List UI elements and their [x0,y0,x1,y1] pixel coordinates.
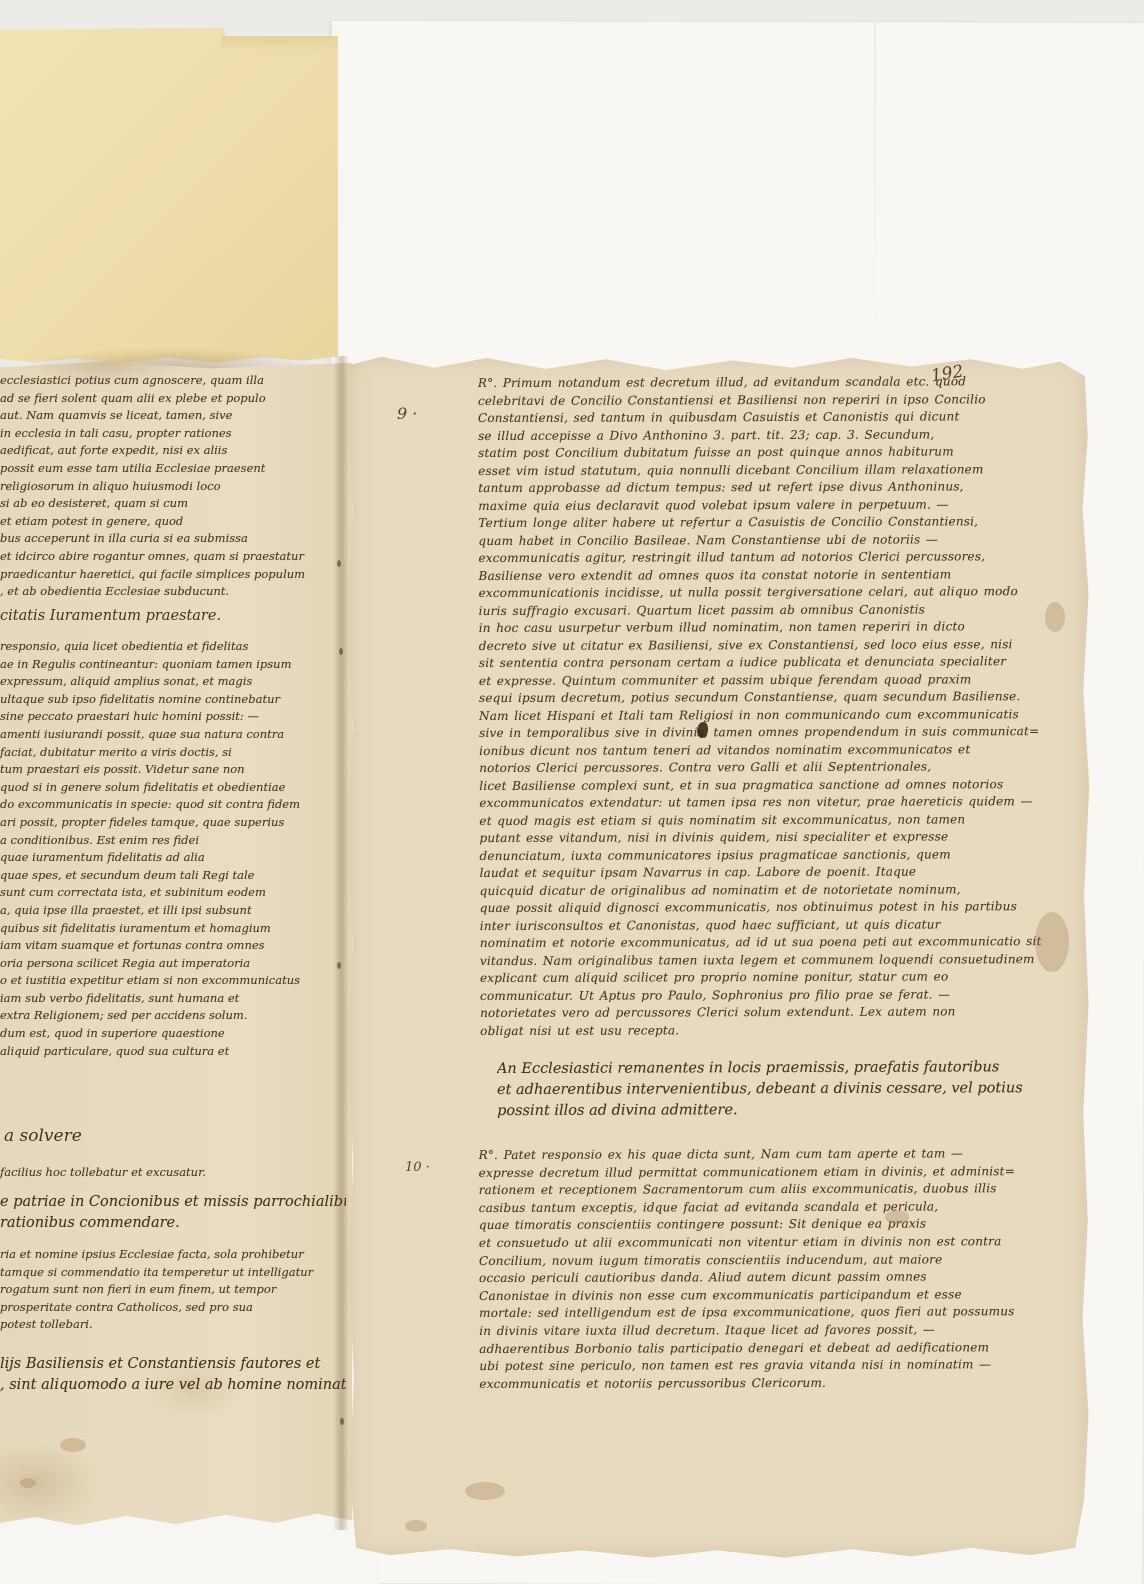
text-line: expresse decretum illud permittat commun… [479,1163,1085,1183]
text-line: possit eum esse tam utilia Ecclesiae pra… [0,460,346,478]
text-line: rationem et receptionem Sacramentorum cu… [479,1180,1085,1200]
text-line: ae in Regulis contineantur: quoniam tame… [0,656,346,674]
text-line: aedificat, aut forte expedit, nisi ex al… [0,442,346,460]
left-section-heading-2: a solvere [4,1126,82,1146]
text-line: do excommunicatis in specie: quod sit co… [0,796,346,814]
stain [405,1520,427,1532]
text-line: explicant cum aliquid scilicet pro propr… [480,968,1086,988]
text-line: sine peccato praestari huic homini possi… [0,708,346,726]
left-text-block-2: responsio, quia licet obedientia et fide… [0,638,346,1060]
text-line: iam sub verbo fidelitatis, sunt humana e… [0,990,346,1008]
text-line: statim post Concilium dubitatum fuisse a… [478,443,1084,463]
text-line: laudat et sequitur ipsam Navarrus in cap… [480,863,1086,883]
text-line: iam vitam suamque et fortunas contra omn… [0,937,346,955]
text-line: Concilium, novum iugum timoratis conscie… [479,1251,1085,1271]
text-line: et consuetudo ut alii excommunicati non … [479,1233,1085,1253]
text-line: a, quia ipse illa praestet, et illi ipsi… [0,902,346,920]
left-single-line: facilius hoc tollebatur et excusatur. [0,1164,346,1182]
text-line: praedicantur haeretici, qui facile simpl… [0,566,346,584]
gutter-speck [340,1418,344,1425]
text-line: o et iustitia expetitur etiam si non exc… [0,972,346,990]
text-line: nominatim et notorie excommunicatus, ad … [480,933,1086,953]
text-line: inter iurisconsultos et Canonistas, quod… [480,915,1086,935]
text-line: in divinis vitare iuxta illud decretum. … [479,1321,1085,1341]
text-line: Canonistae in divinis non esse cum excom… [479,1286,1085,1306]
text-line: excommunicatos extendatur: ut tamen ipsa… [479,793,1085,813]
text-line: putant esse vitandum, nisi in divinis qu… [479,828,1085,848]
text-line: expressum, aliquid amplius sonat, et mag… [0,673,346,691]
text-line: decreto sive ut citatur ex Basiliensi, s… [479,635,1085,655]
stain [20,1478,36,1488]
text-line: denunciatum, iuxta communicatores ipsius… [479,845,1085,865]
text-line: sit sententia contra personam certam a i… [479,653,1085,673]
left-text-block-3: ria et nomine ipsius Ecclesiae facta, so… [0,1246,346,1334]
manuscript-photo: ecclesiastici potius cum agnoscere, quam… [0,0,1144,1584]
text-line: quibus sit fidelitatis iuramentum et hom… [0,920,346,938]
stain [60,1438,86,1452]
question-heading: An Ecclesiastici remanentes in locis pra… [497,1057,1087,1122]
text-line: ubi potest sine periculo, non tamen est … [479,1356,1085,1376]
text-line: et etiam potest in genere, quod [0,513,346,531]
stain [1045,602,1065,632]
margin-number-9: 9 · [397,404,417,423]
text-line: , et ab obedientia Ecclesiae subducunt. [0,583,346,601]
left-section-heading-3: e patriae in Concionibus et missis parro… [0,1192,346,1234]
yellow-card-corner-step [222,36,338,52]
text-line: mortale: sed intelligendum est de ipsa e… [479,1303,1085,1323]
text-line: , sint aliquomodo a iure vel ab homine n… [0,1375,346,1396]
text-line: tum praestari eis possit. Videtur sane n… [0,761,346,779]
margin-number-10: 10 · [405,1160,430,1175]
text-line: et idcirco abire rogantur omnes, quam si… [0,548,346,566]
text-line: quae possit aliquid dignosci excommunica… [480,898,1086,918]
text-line: esset vim istud statutum, quia nonnulli … [478,460,1084,480]
text-line: ad se fieri solent quam alii ex plebe et… [0,390,346,408]
backing-crease [874,22,876,362]
text-line: notorios Clerici percussores. Contra ver… [479,758,1085,778]
text-line: notorietates vero ad percussores Clerici… [480,1003,1086,1023]
text-line: extra Religionem; sed per accidens solum… [0,1007,346,1025]
text-line: ria et nomine ipsius Ecclesiae facta, so… [0,1246,346,1264]
left-section-heading-1: citatis Iuramentum praestare. [0,608,221,624]
text-line: quae timoratis conscientiis contingere p… [479,1215,1085,1235]
white-backing-sheet-bottom [0,1514,380,1584]
text-line: aliquid particulare, quod sua cultura et [0,1043,346,1061]
text-line: dum est, quod in superiore quaestione [0,1025,346,1043]
text-line: et expresse. Quintum communiter et passi… [479,670,1085,690]
text-line: in hoc casu usurpetur verbum illud nomin… [479,618,1085,638]
text-line: communicatur. Ut Aptus pro Paulo, Sophro… [480,985,1086,1005]
text-line: rogatum sunt non fieri in eum finem, ut … [0,1281,346,1299]
text-line: ultaque sub ipso fidelitatis nomine cont… [0,691,346,709]
text-line: sequi ipsum decretum, potius secundum Co… [479,688,1085,708]
text-line: et quod magis est etiam si quis nominati… [479,810,1085,830]
text-line: ecclesiastici potius cum agnoscere, quam… [0,372,346,390]
text-line: in ecclesia in tali casu, propter ration… [0,425,346,443]
text-line: amenti iusiurandi possit, quae sua natur… [0,726,346,744]
text-line: excommunicatis et notoriis percussoribus… [479,1374,1085,1394]
text-line: occasio periculi cautioribus danda. Aliu… [479,1268,1085,1288]
gutter-speck [339,648,343,655]
text-line: quod si in genere solum fidelitatis et o… [0,779,346,797]
text-line: adhaerentibus Borbonio talis participati… [479,1338,1085,1358]
stain [465,1482,505,1500]
text-line: licet Basiliense complexi sunt, et in su… [479,775,1085,795]
text-line: religiosorum in aliquo huiusmodi loco [0,478,346,496]
right-text-block-2: R°. Patet responsio ex his quae dicta su… [479,1145,1086,1393]
text-line: quicquid dicatur de originalibus ad nomi… [480,880,1086,900]
text-line: ionibus dicunt nos tantum teneri ad vita… [479,740,1085,760]
text-line: quae iuramentum fidelitatis ad alia [0,849,346,867]
text-line: a conditionibus. Est enim res fidei [0,832,346,850]
yellow-cover-card [0,28,338,370]
text-line: vitandus. Nam originalibus tamen iuxta l… [480,950,1086,970]
text-line: possint illos ad divina admittere. [497,1099,1087,1122]
text-line: si ab eo desisteret, quam si cum [0,495,346,513]
text-line: tantum approbasse ad dictum tempus: sed … [478,478,1084,498]
text-line: bus acceperunt in illa curia si ea submi… [0,530,346,548]
left-manuscript-page: ecclesiastici potius cum agnoscere, quam… [0,358,352,1530]
text-line: R°. Patet responsio ex his quae dicta su… [479,1145,1085,1165]
text-line: prosperitate contra Catholicos, sed pro … [0,1299,346,1317]
text-line: obligat nisi ut est usu recepta. [480,1020,1086,1040]
text-line: aut. Nam quamvis se liceat, tamen, sive [0,407,346,425]
page-fold-gutter [333,356,349,1530]
text-line: Nam licet Hispani et Itali tam Religiosi… [479,705,1085,725]
right-manuscript-page: 192 9 · 10 · R°. Primum notandum est dec… [345,352,1090,1560]
text-line: sive in temporalibus sive in divinis, ta… [479,723,1085,743]
text-line: maxime quia eius declaravit quod volebat… [478,495,1084,515]
text-line: tamque si commendatio ita temperetur ut … [0,1264,346,1282]
gutter-speck [337,560,341,567]
text-line: excommunicatis agitur, restringit illud … [478,548,1084,568]
text-line: R°. Primum notandum est decretum illud, … [478,373,1084,393]
text-line: quam habet in Concilio Basileae. Nam Con… [478,530,1084,550]
text-line: iuris suffragio excusari. Quartum licet … [479,600,1085,620]
text-line: quae spes, et secundum deum tali Regi ta… [0,867,346,885]
text-line: oria persona scilicet Regia aut imperato… [0,955,346,973]
text-line: Constantiensi, sed tantum in quibusdam C… [478,408,1084,428]
text-line: e patriae in Concionibus et missis parro… [0,1192,346,1213]
text-line: An Ecclesiastici remanentes in locis pra… [497,1057,1087,1080]
text-line: faciat, dubitatur merito a viris doctis,… [0,744,346,762]
text-line: excommunicationis incidisse, ut nulla po… [479,583,1085,603]
text-line: potest tollebari. [0,1316,346,1334]
text-line: celebritavi de Concilio Constantiensi et… [478,390,1084,410]
text-line: lijs Basiliensis et Constantiensis fauto… [0,1354,346,1375]
text-line: se illud accepisse a Divo Anthonino 3. p… [478,425,1084,445]
text-line: rationibus commendare. [0,1213,346,1234]
text-line: casibus tantum exceptis, idque faciat ad… [479,1198,1085,1218]
text-line: responsio, quia licet obedientia et fide… [0,638,346,656]
right-text-block-1: R°. Primum notandum est decretum illud, … [478,373,1086,1040]
text-line: et adhaerentibus intervenientibus, debea… [497,1078,1087,1101]
text-line: Tertium longe aliter habere ut refertur … [478,513,1084,533]
gutter-speck [337,962,341,969]
stain [1035,912,1069,972]
left-text-block-1: ecclesiastici potius cum agnoscere, quam… [0,372,346,601]
text-line: Basiliense vero extendit ad omnes quos i… [479,565,1085,585]
stain [885,1210,909,1224]
left-section-heading-4: lijs Basiliensis et Constantiensis fauto… [0,1354,346,1396]
text-line: sunt cum correctata ista, et subinitum e… [0,884,346,902]
text-line: ari possit, propter fideles tamque, quae… [0,814,346,832]
